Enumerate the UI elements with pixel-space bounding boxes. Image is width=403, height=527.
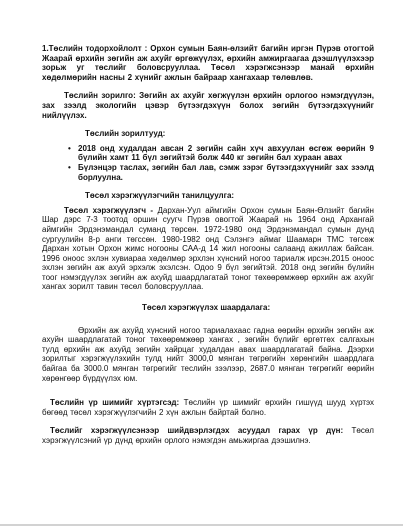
- outcome-label: Төслийг хэрэгжүүлсэнээр шийдвэрлэгдэх ас…: [50, 426, 343, 435]
- page-bottom-edge: [0, 524, 403, 526]
- implementer-paragraph: Төсөл хэрэгжүүлэгч - Дархан-Уул аймгийн …: [42, 206, 374, 292]
- objectives-heading: Төслийн зорилтууд:: [85, 129, 374, 139]
- objective-item: Бүлэнцэр таслах, зөгийн бал лав, сэмж зэ…: [68, 163, 374, 182]
- implementer-intro-heading: Төсөл хэрэгжүүлэгчийн танилцуулга:: [85, 191, 374, 201]
- implementer-label: Төсөл хэрэгжүүлэгч -: [64, 206, 158, 215]
- requirements-paragraph: Өрхийн аж ахуйд хүнсний ногоо тариалахаа…: [42, 326, 374, 384]
- beneficiaries-label: Төслийн үр шимийг хүртэгсэд:: [50, 398, 179, 407]
- implementer-text: Дархан-Уул аймгийн Орхон сумын Баян-Өлзи…: [42, 206, 374, 292]
- objective-item: 2018 онд худалдан авсан 2 зөгийн сайн хү…: [68, 144, 374, 163]
- beneficiaries-paragraph: Төслийн үр шимийг хүртэгсэд: Төслийн үр …: [42, 398, 374, 417]
- project-definition-paragraph: 1.Төслийн тодорхойлолт : Орхон сумын Бая…: [42, 44, 374, 82]
- project-goal-paragraph: Төслийн зорилго: Зөгийн ах ахуйг хөгжүүл…: [42, 91, 374, 120]
- document-page: 1.Төслийн тодорхойлолт : Орхон сумын Бая…: [0, 0, 403, 527]
- requirements-heading: Төсөл хэрэгжүүлэх шаардалага:: [142, 303, 374, 313]
- outcome-paragraph: Төслийг хэрэгжүүлсэнээр шийдвэрлэгдэх ас…: [42, 426, 374, 445]
- objectives-list: 2018 онд худалдан авсан 2 зөгийн сайн хү…: [42, 144, 374, 182]
